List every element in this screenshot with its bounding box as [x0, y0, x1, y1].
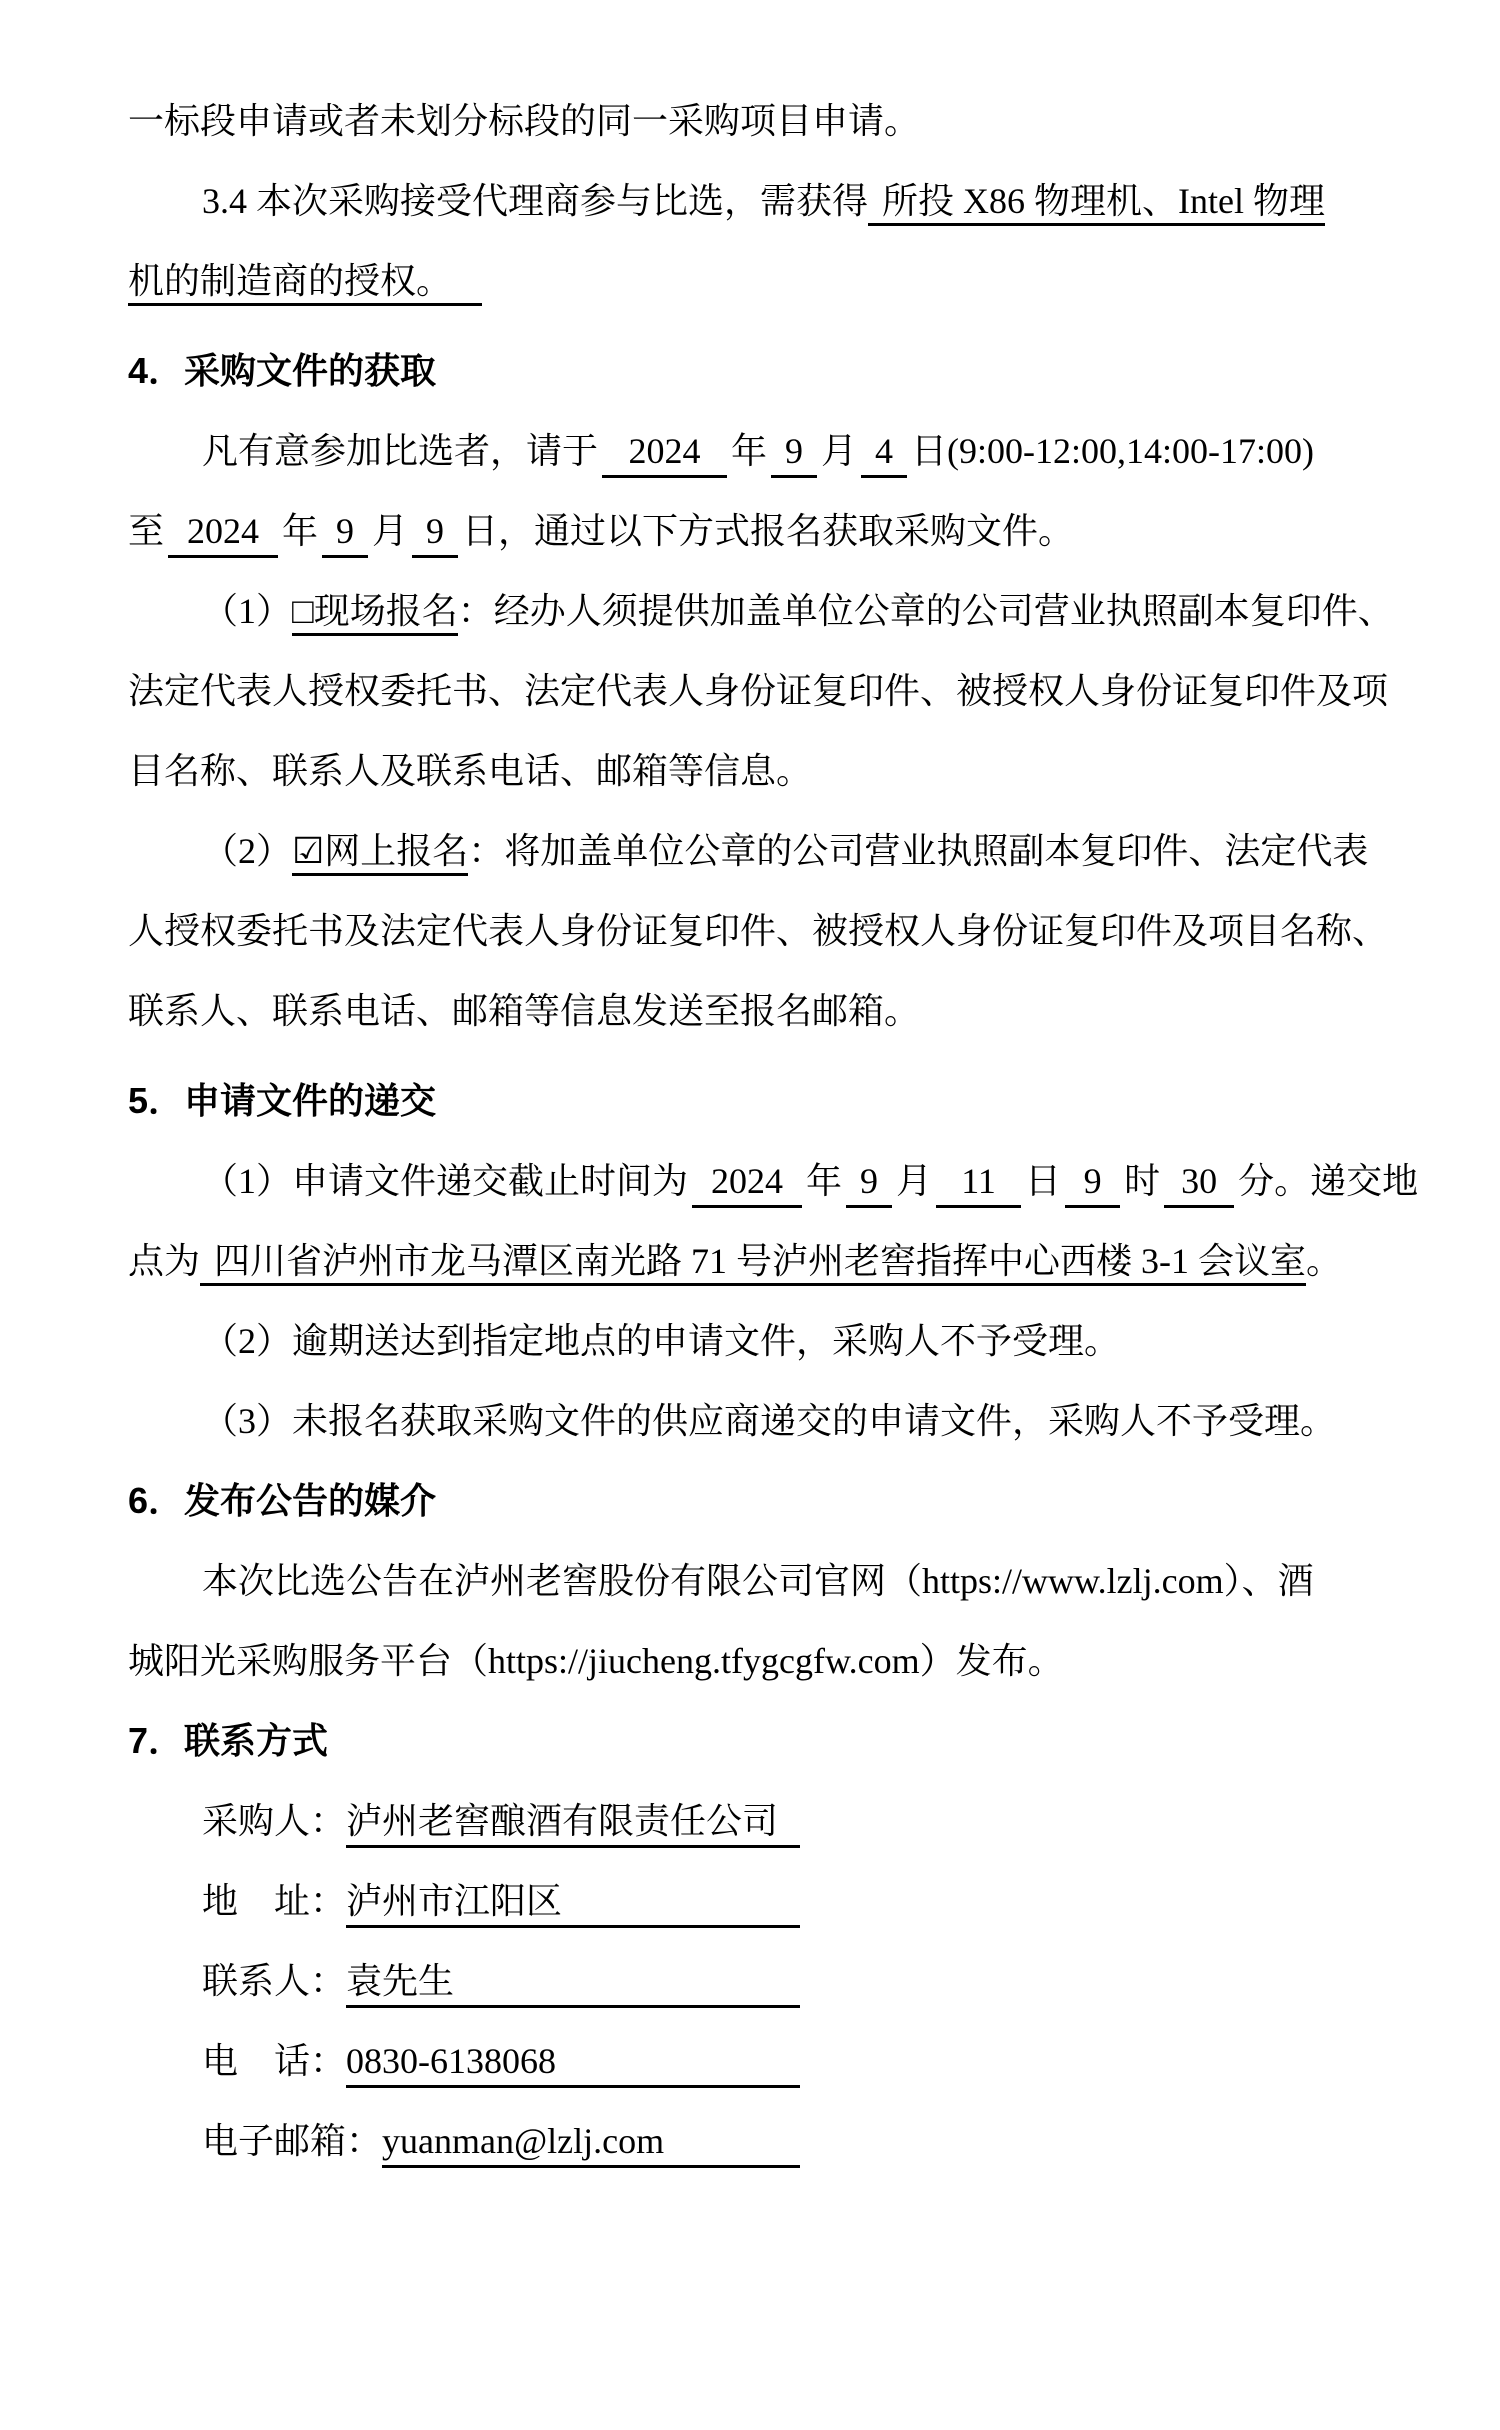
unregistered-supplier-line: （3）未报名获取采购文件的供应商递交的申请文件，采购人不予受理。 — [128, 1381, 1380, 1461]
onsite-registration-line-3: 目名称、联系人及联系电话、邮箱等信息。 — [128, 731, 1380, 811]
onsite-number: （1） — [202, 591, 292, 631]
reg1-month-blank: 9 — [771, 427, 817, 478]
reg2-year-blank: 2024 — [168, 507, 278, 558]
reg1-rest: 日(9:00-12:00,14:00-17:00) — [911, 431, 1314, 471]
reg1-pre: 凡有意参加比选者，请于 — [202, 431, 598, 471]
deadline-year-unit: 年 — [806, 1161, 842, 1201]
email-value: yuanman@lzlj.com — [382, 2117, 800, 2168]
venue-pre: 点为 — [128, 1241, 200, 1281]
announcement-media-text-1: 本次比选公告在泸州老窖股份有限公司官网（https://www.lzlj.com… — [202, 1561, 1314, 1601]
deadline-day-unit: 日 — [1025, 1161, 1061, 1201]
address-label: 地 址： — [202, 1881, 346, 1921]
reg1-year-unit: 年 — [731, 431, 767, 471]
onsite-colon: ： — [458, 591, 494, 631]
address-value: 泸州市江阳区 — [346, 1877, 800, 1928]
section-7-heading: 7．联系方式 — [128, 1701, 1380, 1781]
reg2-pre: 至 — [128, 511, 164, 551]
online-registration-line-1: （2）☑网上报名：将加盖单位公章的公司营业执照副本复印件、法定代表 — [128, 811, 1380, 891]
onsite-registration-line-1: （1）□现场报名：经办人须提供加盖单位公章的公司营业执照副本复印件、 — [128, 571, 1380, 651]
contact-person-value: 袁先生 — [346, 1957, 800, 2008]
reg1-day-blank: 4 — [861, 427, 907, 478]
online-registration-line-2: 人授权委托书及法定代表人身份证复印件、被授权人身份证复印件及项目名称、 — [128, 891, 1380, 971]
registration-period-line-1: 凡有意参加比选者，请于2024年9月4日(9:00-12:00,14:00-17… — [128, 411, 1380, 491]
late-delivery-line: （2）逾期送达到指定地点的申请文件，采购人不予受理。 — [128, 1301, 1380, 1381]
clause-3-4-line-1: 3.4 本次采购接受代理商参与比选，需获得所投 X86 物理机、Intel 物理 — [128, 161, 1380, 241]
section-5-heading: 5．申请文件的递交 — [128, 1061, 1380, 1141]
deadline-line-1: （1）申请文件递交截止时间为2024年9月11日9时30分。递交地 — [128, 1141, 1380, 1221]
contact-row-email: 电子邮箱：yuanman@lzlj.com — [128, 2101, 1380, 2181]
reg2-month-blank: 9 — [322, 507, 368, 558]
clause-3-4-underlined-1: 所投 X86 物理机、Intel 物理 — [868, 181, 1325, 226]
contact-row-person: 联系人：袁先生 — [128, 1941, 1380, 2021]
contact-row-buyer: 采购人：泸州老窖酿酒有限责任公司 — [128, 1781, 1380, 1861]
reg2-day-blank: 9 — [412, 507, 458, 558]
reg1-year-blank: 2024 — [602, 427, 727, 478]
reg2-rest: 日，通过以下方式报名获取采购文件。 — [462, 511, 1074, 551]
onsite-text-2: 法定代表人授权委托书、法定代表人身份证复印件、被授权人身份证复印件及项 — [128, 671, 1388, 711]
carryover-text: 一标段申请或者未划分标段的同一采购项目申请。 — [128, 101, 920, 141]
contact-person-label: 联系人： — [202, 1961, 346, 2001]
late-delivery-text: （2）逾期送达到指定地点的申请文件，采购人不予受理。 — [202, 1321, 1120, 1361]
clause-3-4-text: 3.4 本次采购接受代理商参与比选，需获得 — [202, 181, 868, 221]
deadline-pre: （1）申请文件递交截止时间为 — [202, 1161, 688, 1201]
venue-line: 点为四川省泸州市龙马潭区南光路 71 号泸州老窖指挥中心西楼 3-1 会议室。 — [128, 1221, 1380, 1301]
reg2-year-unit: 年 — [282, 511, 318, 551]
reg1-month-unit: 月 — [821, 431, 857, 471]
phone-label: 电 话： — [202, 2041, 346, 2081]
onsite-label-with-checkbox-icon: □现场报名 — [292, 591, 458, 636]
buyer-value: 泸州老窖酿酒有限责任公司 — [346, 1797, 800, 1848]
deadline-month-unit: 月 — [896, 1161, 932, 1201]
venue-address-underlined: 四川省泸州市龙马潭区南光路 71 号泸州老窖指挥中心西楼 3-1 会议室 — [200, 1241, 1306, 1286]
onsite-text-1: 经办人须提供加盖单位公章的公司营业执照副本复印件、 — [494, 591, 1394, 631]
announcement-media-line-1: 本次比选公告在泸州老窖股份有限公司官网（https://www.lzlj.com… — [128, 1541, 1380, 1621]
deadline-rest: 分。递交地 — [1238, 1161, 1418, 1201]
online-number: （2） — [202, 831, 292, 871]
venue-period: 。 — [1306, 1241, 1342, 1281]
announcement-media-line-2: 城阳光采购服务平台（https://jiucheng.tfygcgfw.com）… — [128, 1621, 1380, 1701]
onsite-registration-line-2: 法定代表人授权委托书、法定代表人身份证复印件、被授权人身份证复印件及项 — [128, 651, 1380, 731]
registration-period-line-2: 至2024年9月9日，通过以下方式报名获取采购文件。 — [128, 491, 1380, 571]
buyer-label: 采购人： — [202, 1801, 346, 1841]
onsite-text-3: 目名称、联系人及联系电话、邮箱等信息。 — [128, 751, 812, 791]
deadline-hour-unit: 时 — [1124, 1161, 1160, 1201]
online-label-with-checked-checkbox-icon: ☑网上报名 — [292, 831, 468, 876]
unregistered-supplier-text: （3）未报名获取采购文件的供应商递交的申请文件，采购人不予受理。 — [202, 1401, 1336, 1441]
deadline-hour-blank: 9 — [1065, 1157, 1120, 1208]
clause-3-4-line-2: 机的制造商的授权。 — [128, 241, 1380, 321]
section-4-heading: 4．采购文件的获取 — [128, 331, 1380, 411]
section-6-heading: 6．发布公告的媒介 — [128, 1461, 1380, 1541]
reg2-month-unit: 月 — [372, 511, 408, 551]
online-text-3: 联系人、联系电话、邮箱等信息发送至报名邮箱。 — [128, 991, 920, 1031]
paragraph-carryover: 一标段申请或者未划分标段的同一采购项目申请。 — [128, 81, 1380, 161]
document-page: 一标段申请或者未划分标段的同一采购项目申请。 3.4 本次采购接受代理商参与比选… — [0, 0, 1500, 2430]
online-colon: ： — [468, 831, 504, 871]
online-registration-line-3: 联系人、联系电话、邮箱等信息发送至报名邮箱。 — [128, 971, 1380, 1051]
online-text-2: 人授权委托书及法定代表人身份证复印件、被授权人身份证复印件及项目名称、 — [128, 911, 1388, 951]
deadline-year-blank: 2024 — [692, 1157, 802, 1208]
clause-3-4-underlined-2: 机的制造商的授权。 — [128, 261, 482, 306]
deadline-month-blank: 9 — [846, 1157, 892, 1208]
deadline-day-blank: 11 — [936, 1157, 1021, 1208]
email-label: 电子邮箱： — [202, 2121, 382, 2161]
online-text-1: 将加盖单位公章的公司营业执照副本复印件、法定代表 — [504, 831, 1368, 871]
announcement-media-text-2: 城阳光采购服务平台（https://jiucheng.tfygcgfw.com）… — [128, 1641, 1064, 1681]
phone-value: 0830-6138068 — [346, 2037, 800, 2088]
contact-row-address: 地 址：泸州市江阳区 — [128, 1861, 1380, 1941]
deadline-minute-blank: 30 — [1164, 1157, 1234, 1208]
contact-row-phone: 电 话：0830-6138068 — [128, 2021, 1380, 2101]
